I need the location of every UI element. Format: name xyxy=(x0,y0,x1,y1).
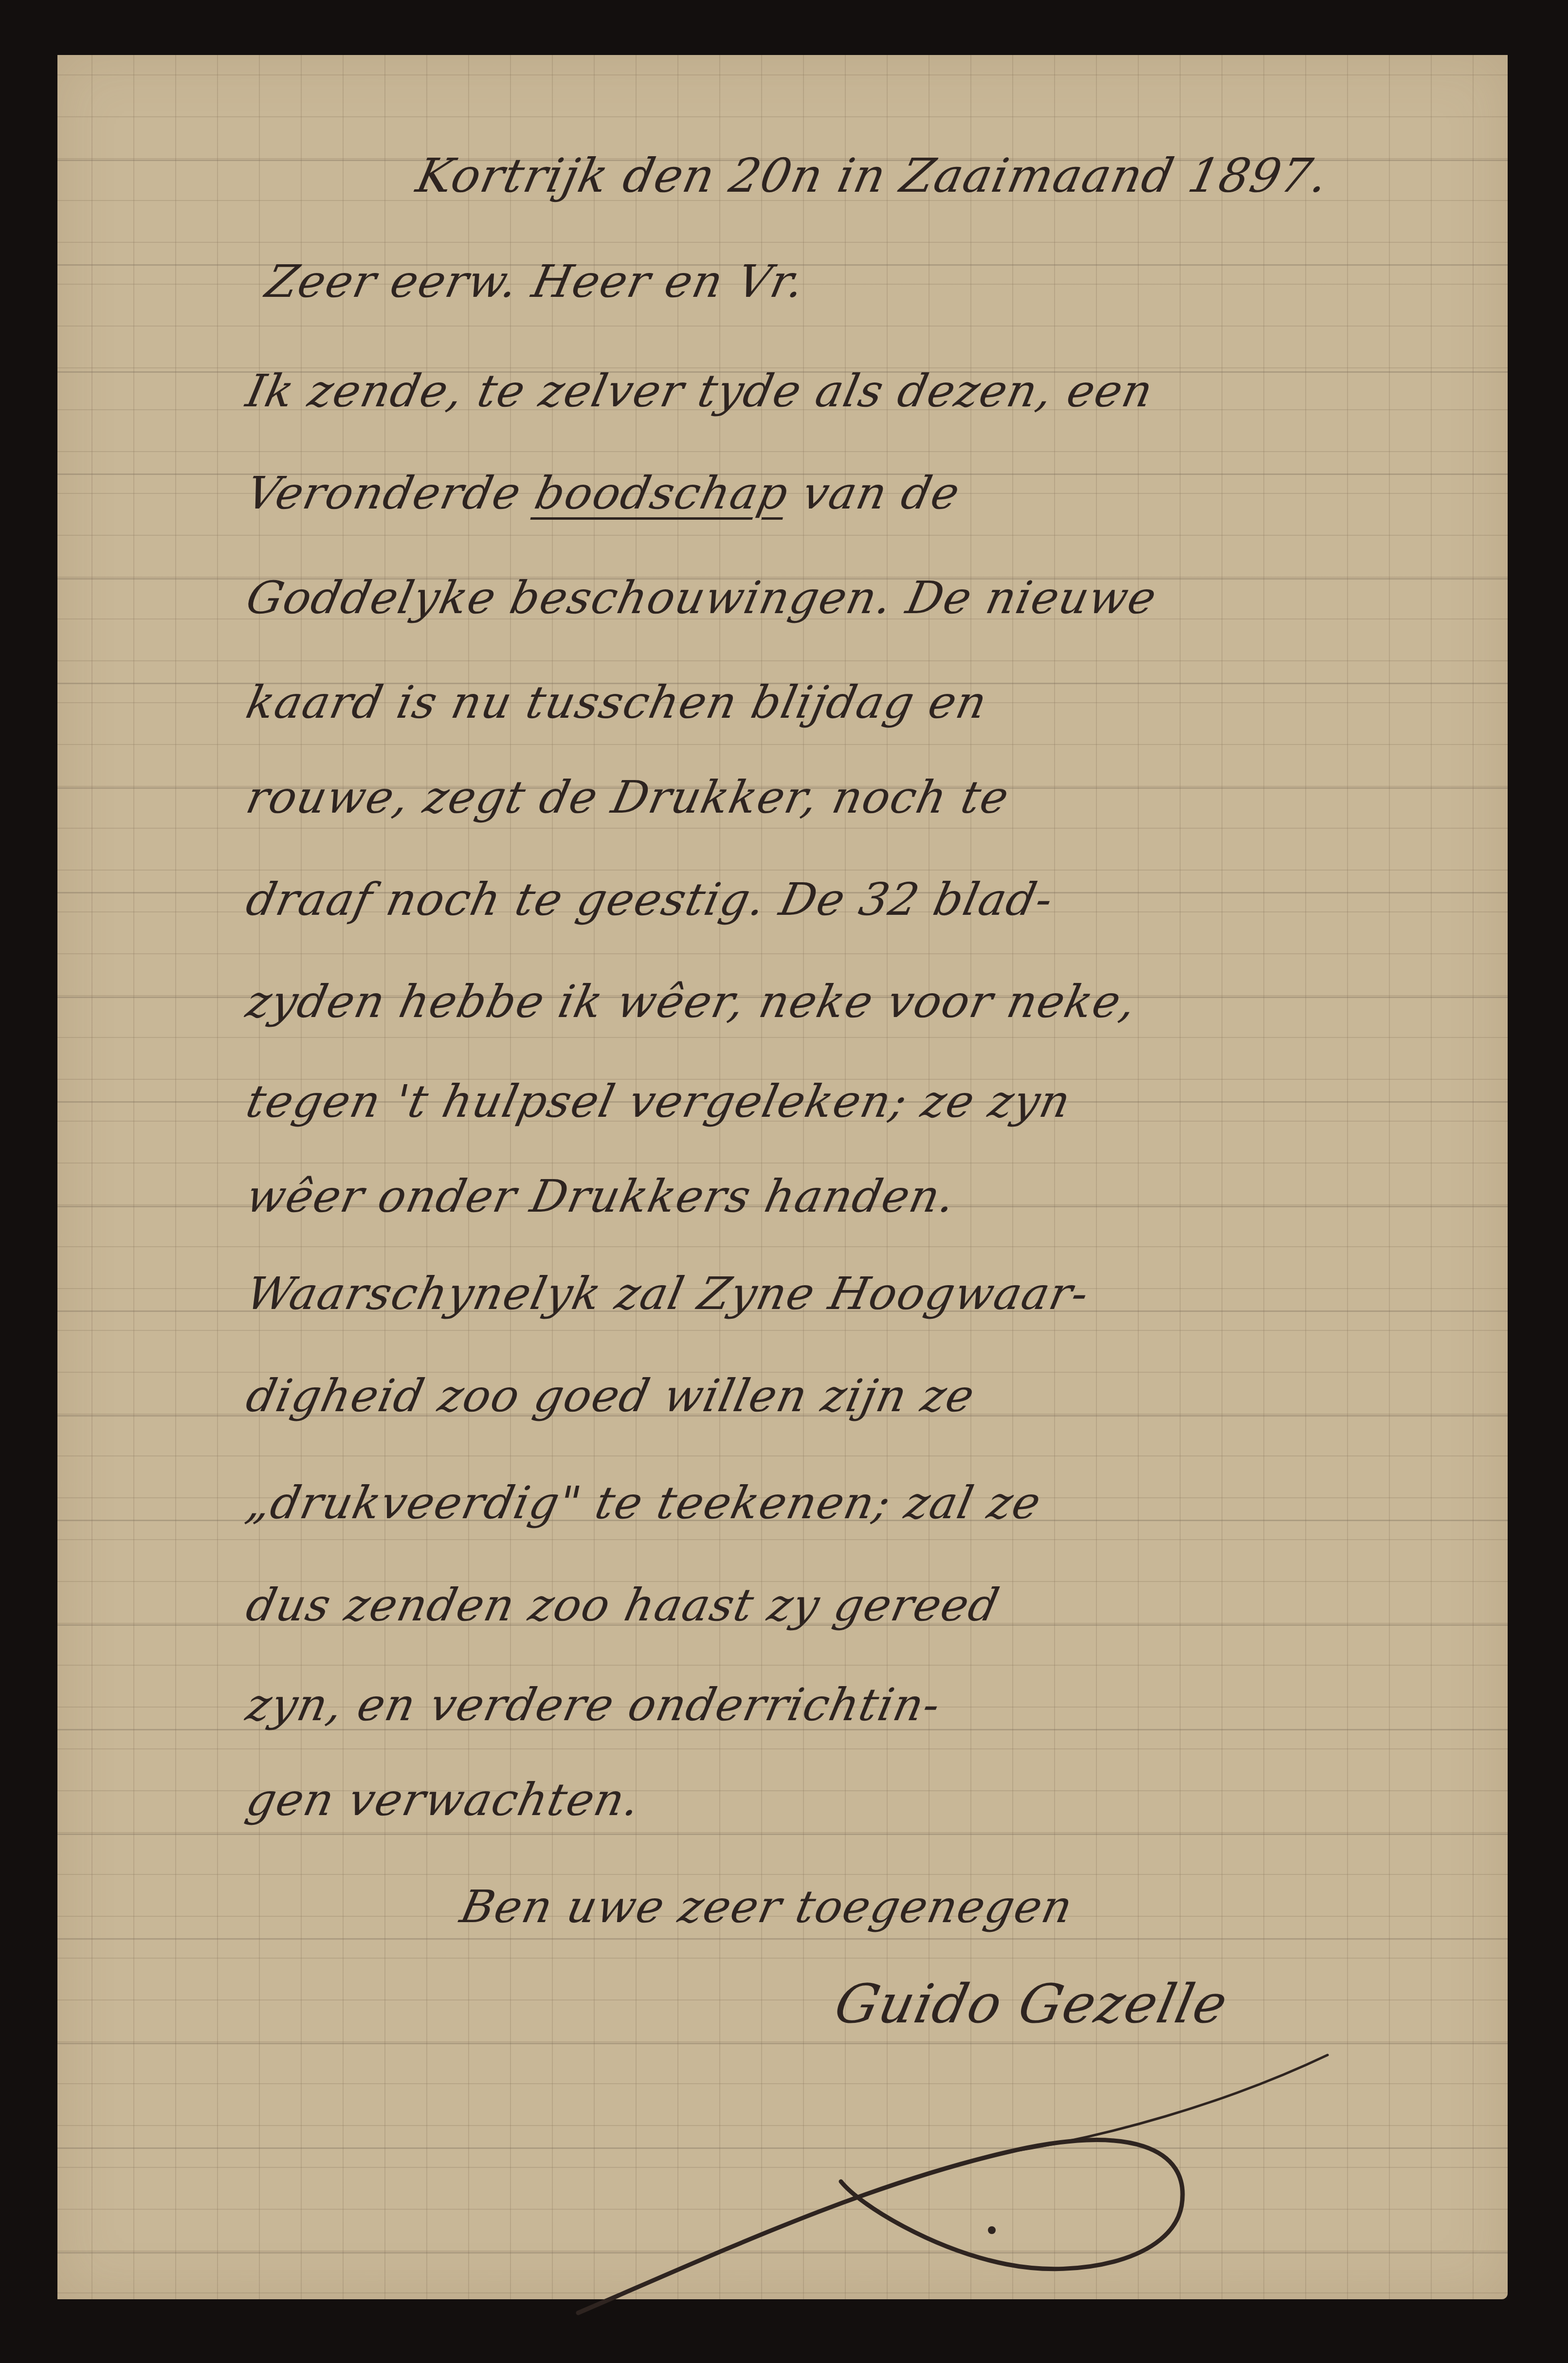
body-line: wêer onder Drukkers handen. xyxy=(242,1174,960,1219)
ruled-line xyxy=(57,2043,1508,2044)
body-line: „drukveerdig" te teekenen; zal ze xyxy=(242,1481,1045,1526)
body-line: Waarschynelyk zal Zyne Hoogwaar- xyxy=(242,1272,1093,1316)
place-date: Kortrijk den 20n in Zaaimaand 1897. xyxy=(413,152,1333,199)
body-line: tegen 't hulpsel vergeleken; ze zyn xyxy=(242,1079,1075,1124)
ruled-line xyxy=(57,1834,1508,1835)
signature-flourish-icon xyxy=(568,2050,1347,2323)
ruled-line xyxy=(57,1938,1508,1940)
body-line: digheid zoo goed willen zijn ze xyxy=(242,1374,979,1418)
body-line: rouwe, zegt de Drukker, noch te xyxy=(242,775,1013,820)
letter-paper: Kortrijk den 20n in Zaaimaand 1897. Zeer… xyxy=(57,55,1508,2299)
body-line: zyn, en verdere onderrichtin- xyxy=(242,1683,945,1727)
closing: Ben uwe zeer toegenegen xyxy=(456,1885,1077,1929)
body-line: Veronderde boodschap van de xyxy=(242,471,964,516)
body-line: kaard is nu tusschen blijdag en xyxy=(242,680,991,725)
salutation: Zeer eerw. Heer en Vr. xyxy=(262,259,809,304)
underlined-word: boodschap xyxy=(530,467,794,519)
body-line: zyden hebbe ik wêer, neke voor neke, xyxy=(242,980,1141,1024)
signature: Guido Gezelle xyxy=(830,1977,1232,2031)
body-line: dus zenden zoo haast zy gereed xyxy=(242,1583,1003,1628)
body-line: draaf noch te geestig. De 32 blad- xyxy=(242,877,1057,922)
body-line: gen verwachten. xyxy=(242,1778,644,1822)
body-line: Goddelyke beschouwingen. De nieuwe xyxy=(242,576,1161,620)
body-text: Veronderde xyxy=(242,467,542,519)
body-text: van de xyxy=(783,467,965,519)
body-line: Ik zende, te zelver tyde als dezen, een xyxy=(242,369,1157,414)
